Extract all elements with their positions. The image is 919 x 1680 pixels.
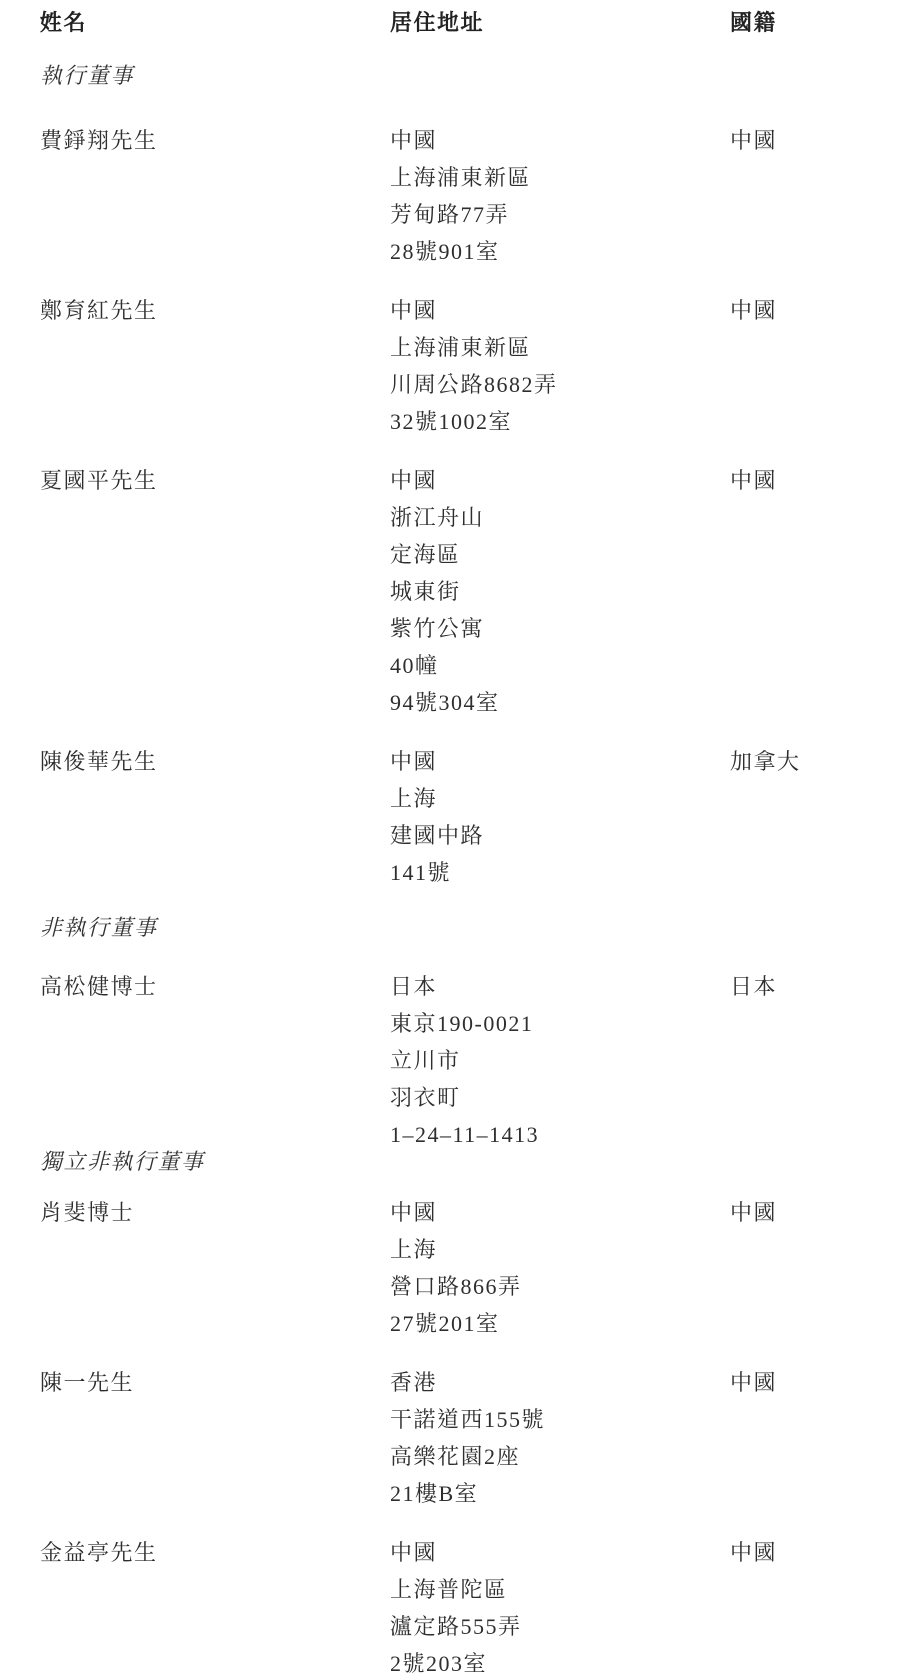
director-row: 費錚翔先生 中國 上海浦東新區 芳甸路77弄 28號901室 中國 xyxy=(0,122,919,270)
director-row: 陳一先生 香港 干諾道西155號 高樂花園2座 21樓B室 中國 xyxy=(0,1364,919,1512)
address-line: 日本 xyxy=(390,968,730,1005)
director-nationality: 日本 xyxy=(730,968,899,1153)
address-line: 中國 xyxy=(390,292,730,329)
address-line: 上海 xyxy=(390,780,730,817)
address-line: 營口路866弄 xyxy=(390,1268,730,1305)
director-row: 金益亭先生 中國 上海普陀區 瀘定路555弄 2號203室 中國 xyxy=(0,1534,919,1680)
director-row: 陳俊華先生 中國 上海 建國中路 141號 加拿大 xyxy=(0,743,919,891)
director-address: 中國 上海 營口路866弄 27號201室 xyxy=(390,1194,730,1342)
director-name: 費錚翔先生 xyxy=(40,122,390,270)
address-line: 川周公路8682弄 xyxy=(390,366,730,403)
column-header-nationality: 國籍 xyxy=(730,4,899,41)
address-line: 東京190-0021 xyxy=(390,1005,730,1042)
director-name: 金益亭先生 xyxy=(40,1534,390,1680)
address-line: 高樂花園2座 xyxy=(390,1438,730,1475)
address-line: 香港 xyxy=(390,1364,730,1401)
column-header-name: 姓名 xyxy=(40,4,390,41)
address-line: 141號 xyxy=(390,854,730,891)
director-row: 夏國平先生 中國 浙江舟山 定海區 城東街 紫竹公寓 40幢 94號304室 中… xyxy=(0,462,919,721)
address-line: 32號1002室 xyxy=(390,403,730,440)
director-address: 日本 東京190-0021 立川市 羽衣町 1–24–11–1413 xyxy=(390,968,730,1153)
director-name: 陳俊華先生 xyxy=(40,743,390,891)
director-nationality: 中國 xyxy=(730,1364,899,1512)
section-heading-non-executive-directors: 非執行董事 xyxy=(0,909,919,946)
address-line: 中國 xyxy=(390,1194,730,1231)
director-nationality: 中國 xyxy=(730,462,899,721)
address-line: 中國 xyxy=(390,122,730,159)
address-line: 上海普陀區 xyxy=(390,1571,730,1608)
address-line: 中國 xyxy=(390,1534,730,1571)
address-line: 羽衣町 xyxy=(390,1079,730,1116)
director-row: 鄭育紅先生 中國 上海浦東新區 川周公路8682弄 32號1002室 中國 xyxy=(0,292,919,440)
address-line: 紫竹公寓 xyxy=(390,610,730,647)
address-line: 上海 xyxy=(390,1231,730,1268)
address-line: 干諾道西155號 xyxy=(390,1401,730,1438)
director-nationality: 中國 xyxy=(730,122,899,270)
address-line: 浙江舟山 xyxy=(390,499,730,536)
address-line: 瀘定路555弄 xyxy=(390,1608,730,1645)
address-line: 中國 xyxy=(390,462,730,499)
director-name: 陳一先生 xyxy=(40,1364,390,1512)
address-line: 2號203室 xyxy=(390,1645,730,1680)
address-line: 27號201室 xyxy=(390,1305,730,1342)
address-line: 94號304室 xyxy=(390,684,730,721)
director-name: 肖斐博士 xyxy=(40,1194,390,1342)
directors-list-page: 姓名 居住地址 國籍 執行董事 費錚翔先生 中國 上海浦東新區 芳甸路77弄 2… xyxy=(0,0,919,1680)
address-line: 中國 xyxy=(390,743,730,780)
director-name: 高松健博士 xyxy=(40,968,390,1153)
address-line: 28號901室 xyxy=(390,233,730,270)
column-header-address: 居住地址 xyxy=(390,4,730,41)
address-line: 立川市 xyxy=(390,1042,730,1079)
director-address: 中國 浙江舟山 定海區 城東街 紫竹公寓 40幢 94號304室 xyxy=(390,462,730,721)
director-nationality: 加拿大 xyxy=(730,743,899,891)
address-line: 上海浦東新區 xyxy=(390,159,730,196)
address-line: 芳甸路77弄 xyxy=(390,196,730,233)
address-line: 建國中路 xyxy=(390,817,730,854)
director-name: 鄭育紅先生 xyxy=(40,292,390,440)
address-line: 定海區 xyxy=(390,536,730,573)
director-row: 肖斐博士 中國 上海 營口路866弄 27號201室 中國 xyxy=(0,1194,919,1342)
director-nationality: 中國 xyxy=(730,292,899,440)
address-line: 上海浦東新區 xyxy=(390,329,730,366)
address-line: 1–24–11–1413 xyxy=(390,1116,730,1153)
section-heading-executive-directors: 執行董事 xyxy=(0,57,919,94)
director-nationality: 中國 xyxy=(730,1534,899,1680)
director-address: 中國 上海普陀區 瀘定路555弄 2號203室 xyxy=(390,1534,730,1680)
address-line: 城東街 xyxy=(390,573,730,610)
address-line: 40幢 xyxy=(390,647,730,684)
director-address: 香港 干諾道西155號 高樂花園2座 21樓B室 xyxy=(390,1364,730,1512)
director-nationality: 中國 xyxy=(730,1194,899,1342)
director-address: 中國 上海浦東新區 芳甸路77弄 28號901室 xyxy=(390,122,730,270)
director-name: 夏國平先生 xyxy=(40,462,390,721)
director-row: 高松健博士 日本 東京190-0021 立川市 羽衣町 1–24–11–1413… xyxy=(0,968,919,1153)
table-header-row: 姓名 居住地址 國籍 xyxy=(0,4,919,41)
director-address: 中國 上海浦東新區 川周公路8682弄 32號1002室 xyxy=(390,292,730,440)
address-line: 21樓B室 xyxy=(390,1475,730,1512)
director-address: 中國 上海 建國中路 141號 xyxy=(390,743,730,891)
